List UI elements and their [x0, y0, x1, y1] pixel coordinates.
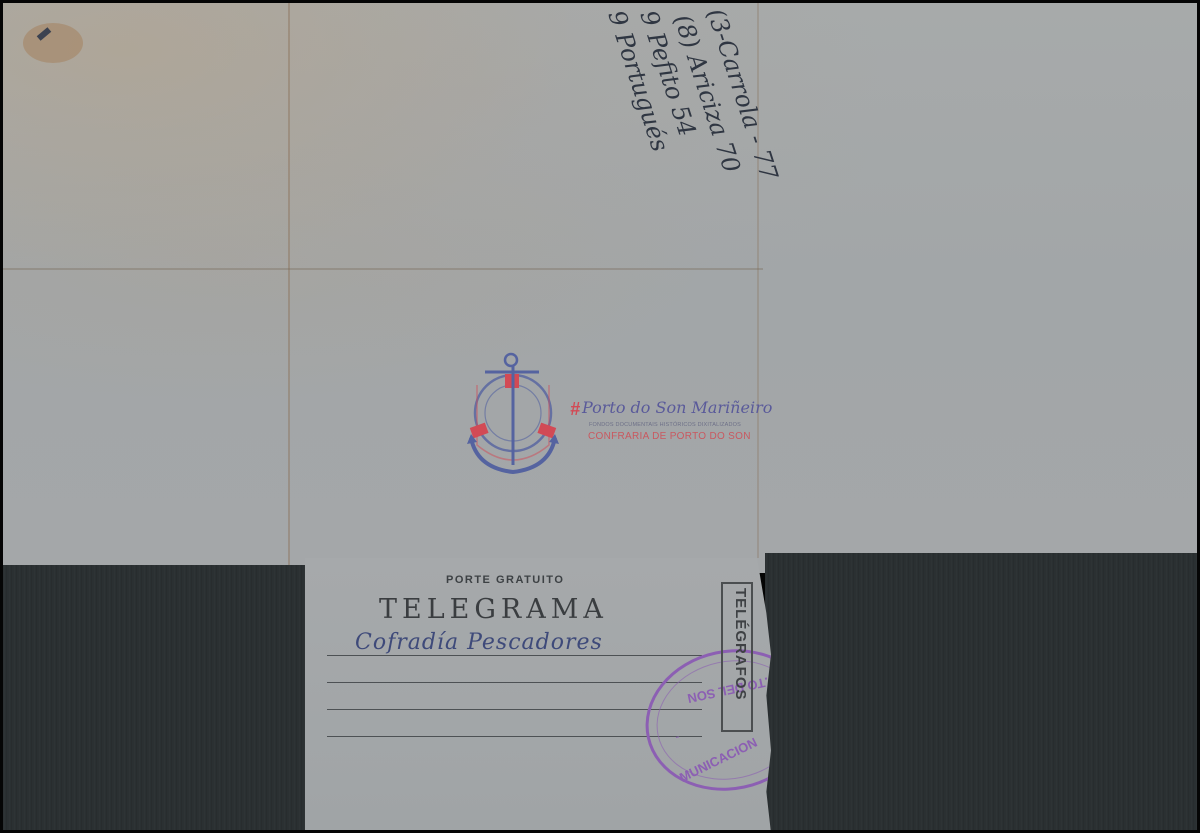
- address-line: [327, 709, 702, 710]
- stain: [23, 23, 83, 63]
- fold-line: [3, 268, 763, 270]
- watermark-organization: CONFRARIA DE PORTO DO SON: [588, 431, 751, 442]
- backing-cloth-left: [3, 565, 309, 830]
- handwritten-notes: (3-Carrola - 77 (8) Ariciza 70 9 Pefito …: [533, 3, 793, 253]
- anchor-icon: [463, 350, 563, 485]
- recipient-handwriting: Cofradía Pescadores: [355, 630, 603, 655]
- backing-cloth-right: [765, 553, 1197, 830]
- watermark-logo: # Porto do Son Mariñeiro FONDOS DOCUMENT…: [463, 350, 763, 485]
- telegram-title: TELEGRAMA: [379, 594, 608, 625]
- address-line: [327, 655, 702, 656]
- document-scan: (3-Carrola - 77 (8) Ariciza 70 9 Pefito …: [3, 3, 1197, 830]
- watermark-title: Porto do Son Mariñeiro: [582, 398, 772, 417]
- telegrafos-label: TELÉGRAFOS: [725, 588, 749, 728]
- porte-gratuito-label: PORTE GRATUITO: [446, 574, 564, 586]
- hashtag-symbol: #: [570, 399, 580, 420]
- fold-line: [288, 3, 290, 573]
- watermark-subtitle: FONDOS DOCUMENTAIS HISTÓRICOS DIXITALIZA…: [589, 422, 741, 428]
- address-line: [327, 682, 702, 683]
- telegram-flap: PORTE GRATUITO TELEGRAMA Cofradía Pescad…: [305, 558, 771, 830]
- paper-sheet: (3-Carrola - 77 (8) Ariciza 70 9 Pefito …: [3, 3, 1197, 573]
- telegrafos-box: TELÉGRAFOS: [721, 582, 753, 732]
